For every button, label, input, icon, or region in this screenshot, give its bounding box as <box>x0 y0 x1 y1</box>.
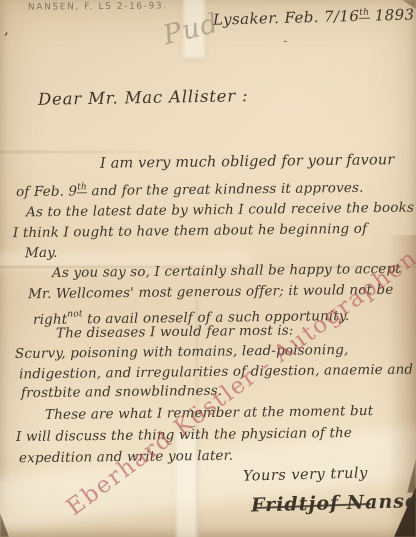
closing: Yours very truly <box>243 465 368 484</box>
small-dash-mark: - <box>283 34 288 49</box>
dateline-text: Lysaker. Feb. 7/16 <box>213 7 360 29</box>
letter-line-9: The diseases I would fear most is: <box>56 321 294 344</box>
line-segment: of Feb. 9 <box>16 183 77 200</box>
letter-line-1: I am very much obliged for your favour <box>100 150 395 174</box>
signature: Fridtjof Nansen. <box>251 490 416 517</box>
inserted-word: not <box>67 309 82 319</box>
dateline-superscript: th <box>359 8 370 19</box>
dateline: Lysaker. Feb. 7/16th 1893. <box>213 5 416 28</box>
dateline-year: 1893. <box>369 5 416 24</box>
salutation: Dear Mr. Mac Allister : <box>38 86 249 109</box>
letter-line-5: May. <box>25 243 58 263</box>
line-segment: and for the great kindness it approves. <box>87 180 364 199</box>
stray-mark: ‚ <box>4 22 8 38</box>
letter-scan-page: NANSEN, F. LS 2-16-93. ‚ Pud - Lysaker. … <box>0 0 416 537</box>
letter-line-12: frostbite and snowblindness. <box>21 381 222 403</box>
letter-line-4: I think I ought to have them about he be… <box>13 219 367 243</box>
ordinal-superscript: th <box>77 182 87 193</box>
catalog-note: NANSEN, F. LS 2-16-93. <box>28 1 168 12</box>
